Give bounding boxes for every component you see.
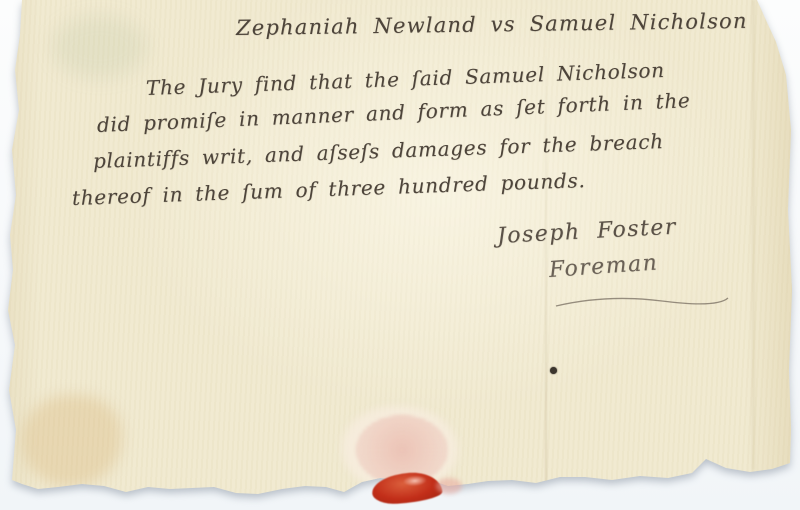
bottom-left-stain [22, 395, 122, 487]
signature-name: Joseph Foster [496, 215, 677, 249]
wax-pink-wisp [436, 478, 462, 494]
verdict-line-3: plaintiffs writ, and aſseſs damages for … [93, 129, 665, 173]
right-edge-crease [752, 0, 755, 470]
case-title: Zephaniah Newland vs Samuel Nicholson [236, 9, 748, 40]
signature-flourish [552, 292, 732, 314]
verdict-line-4: thereof in the ſum of three hundred poun… [72, 168, 586, 210]
scan-background: Zephaniah Newland vs Samuel Nicholson Th… [0, 0, 800, 510]
paper-sheet: Zephaniah Newland vs Samuel Nicholson Th… [0, 0, 800, 510]
ink-dot [550, 367, 557, 374]
ink-showthrough-smudge [52, 16, 147, 78]
signature-role: Foreman [548, 250, 659, 283]
